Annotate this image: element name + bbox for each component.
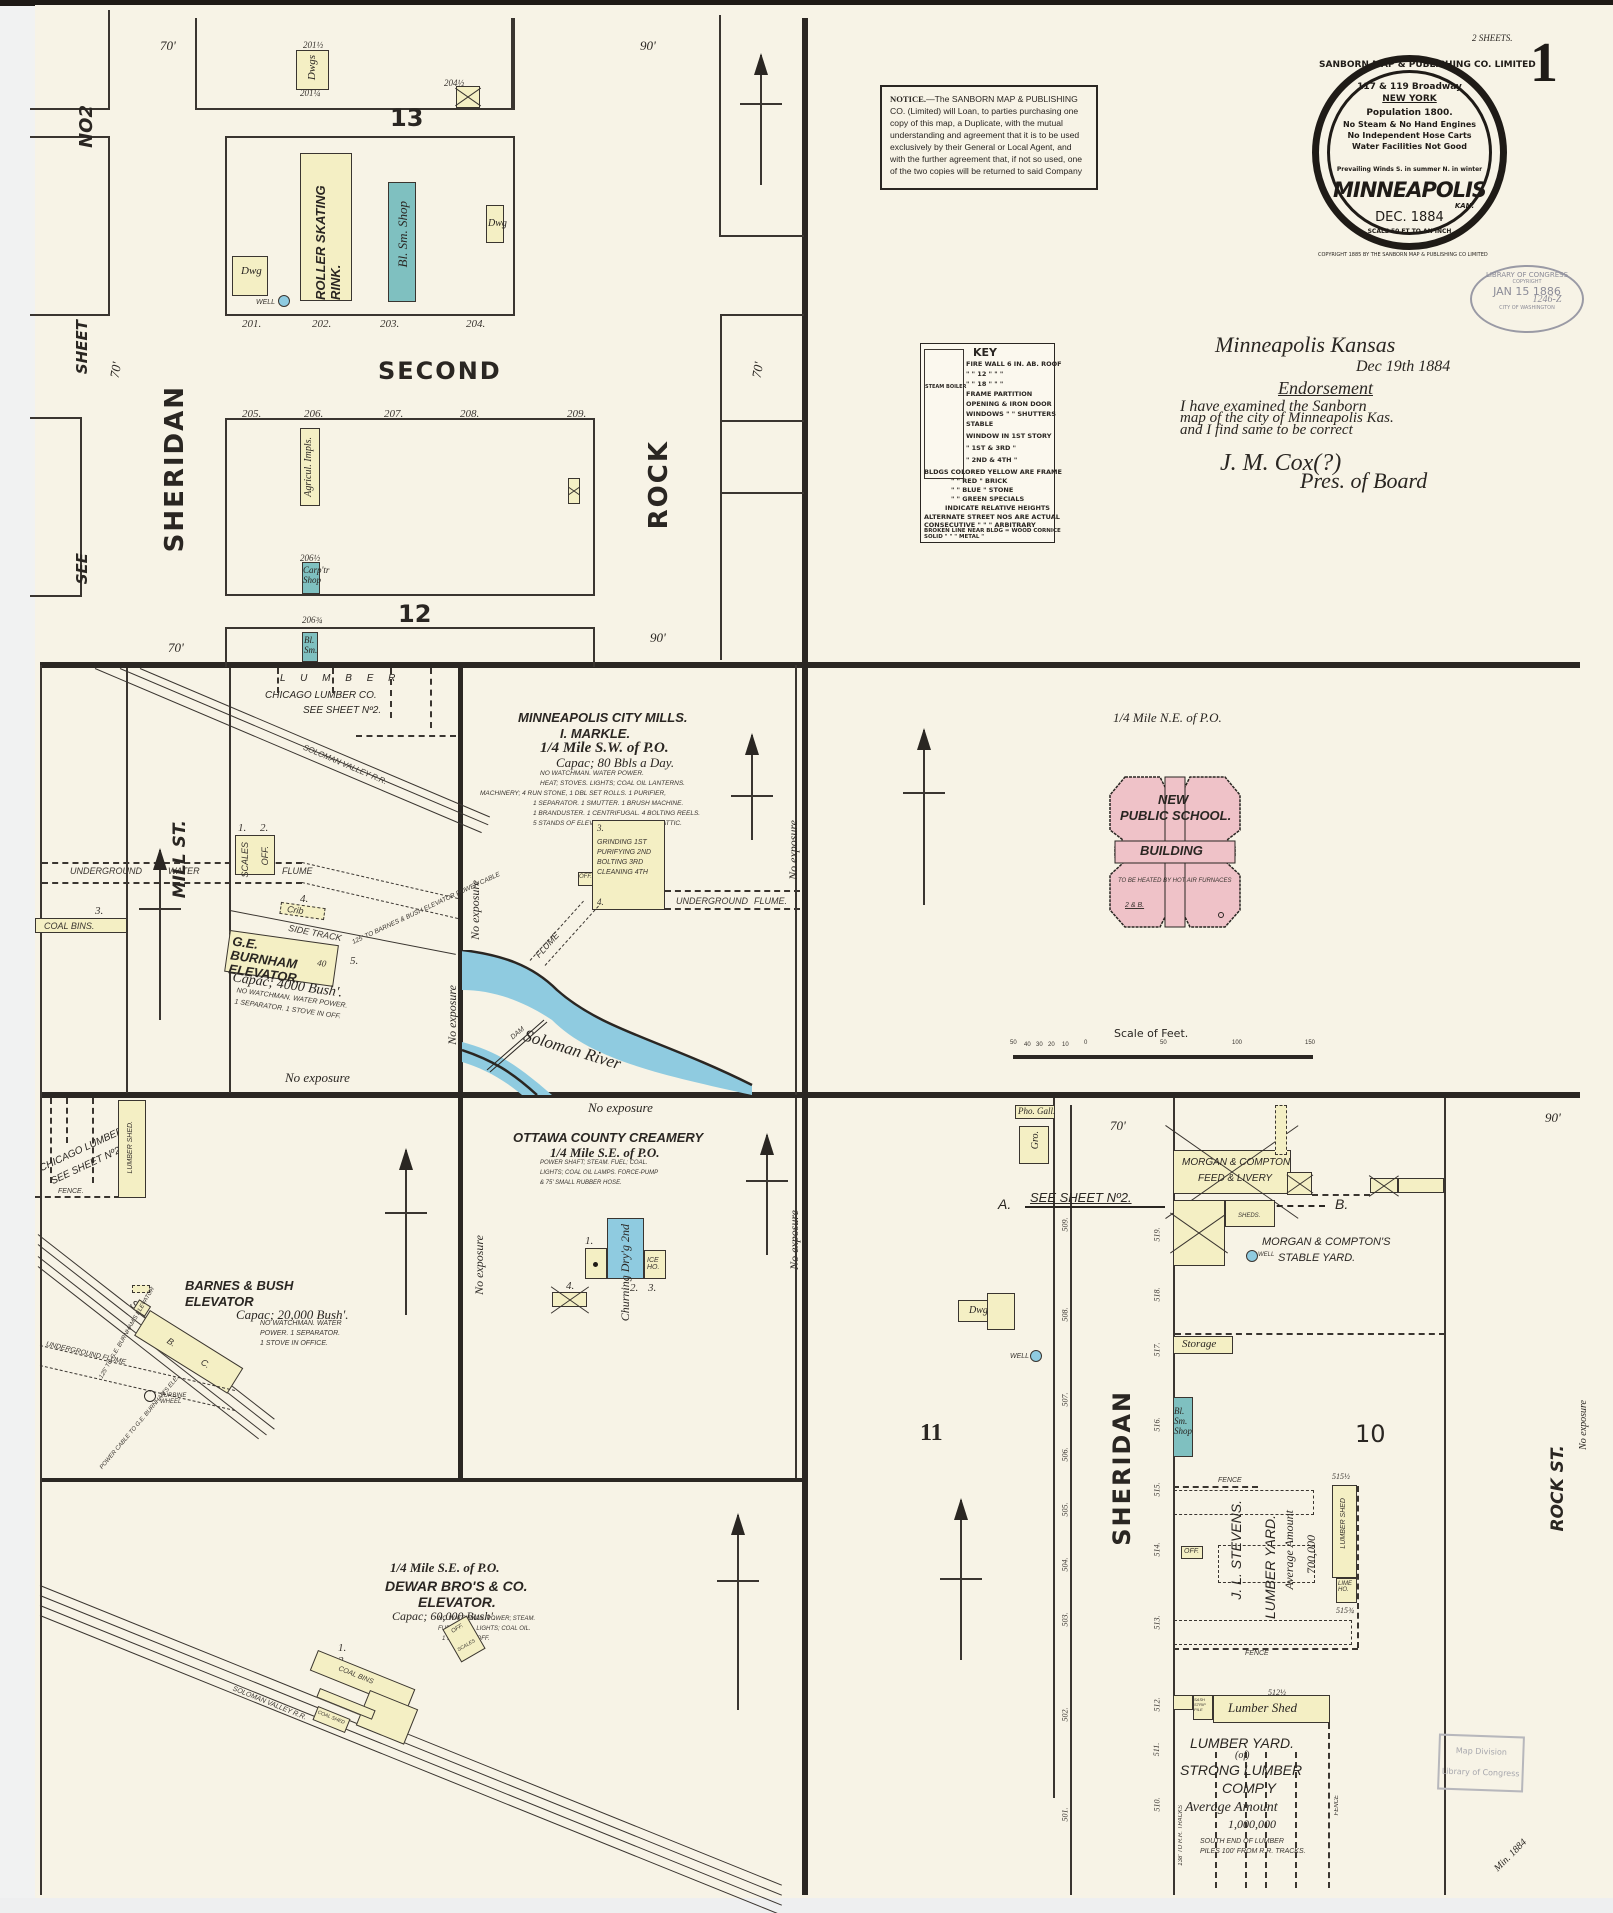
seal-city: NEW YORK xyxy=(1319,94,1500,104)
endorsement-title: Pres. of Board xyxy=(1300,468,1427,494)
width-label: 70' xyxy=(1110,1118,1126,1134)
north-arrow-icon xyxy=(751,735,753,840)
fence-line xyxy=(35,1196,120,1198)
lot-number: 515½ xyxy=(1332,1472,1350,1481)
lot-number: 206¾ xyxy=(302,615,322,625)
lot-number: 205. xyxy=(242,408,261,420)
seal-engines: No Steam & No Hand Engines xyxy=(1319,120,1500,129)
street-label-second: SECOND xyxy=(378,357,502,385)
block-north-right-edge xyxy=(513,18,515,110)
building-sash-shed xyxy=(1173,1695,1193,1710)
north-arrow-icon xyxy=(159,850,161,1020)
seal-population: Population 1800. xyxy=(1319,108,1500,118)
block-no2-north xyxy=(30,10,110,110)
well-label: WELL xyxy=(256,299,275,306)
north-arrow-icon xyxy=(737,1515,739,1710)
lumber-pile-line xyxy=(1328,1723,1330,1888)
creamery-title: OTTAWA COUNTY CREAMERY xyxy=(513,1130,703,1145)
creamery-note: & 75' SMALL RUBBER HOSE. xyxy=(540,1180,622,1186)
lot-number: 515¾ xyxy=(1336,1606,1354,1615)
street-label-see: SEE xyxy=(73,553,91,584)
street-label-sheridan: SHERIDAN xyxy=(1108,1390,1136,1546)
barnes-note: POWER. 1 SEPARATOR. xyxy=(260,1330,340,1337)
exposure-label: No exposure xyxy=(588,1100,653,1116)
scale-title: Scale of Feet. xyxy=(1114,1027,1188,1040)
mill-note: 1 SEPARATOR. 1 SMUTTER. 1 BRUSH MACHINE. xyxy=(533,800,683,807)
width-label: 90' xyxy=(1545,1110,1561,1126)
well-marker xyxy=(1030,1350,1042,1362)
see-sheet-line xyxy=(1025,1206,1165,1208)
loc-copyright-stamp: LIBRARY OF CONGRESS COPYRIGHT JAN 15 188… xyxy=(1470,265,1584,333)
strong-of: (of) xyxy=(1235,1750,1249,1761)
school-distance: 1/4 Mile N.E. of P.O. xyxy=(1113,710,1222,726)
key-symbols xyxy=(924,349,964,479)
seal-address: 117 & 119 Broadway xyxy=(1319,82,1500,92)
fence-label: FENCE xyxy=(1245,1650,1269,1657)
seal-place: MINNEAPOLIS xyxy=(1319,178,1500,202)
address-number: 511. xyxy=(1152,1743,1161,1756)
well-label: WELL xyxy=(1010,1353,1029,1360)
underground-flume xyxy=(665,908,800,910)
building-office: OFF. xyxy=(1181,1546,1203,1559)
stable-yard-label: MORGAN & COMPTON'S xyxy=(1262,1236,1390,1248)
stevens-amount: 700,000 xyxy=(1304,1535,1319,1574)
lot-number: 208. xyxy=(460,408,479,420)
chicago-lumber-label: CHICAGO LUMBER CO. xyxy=(265,690,377,701)
building-sash-strip: SASH STRIP PILE xyxy=(1193,1695,1213,1720)
bldg-number: 1. xyxy=(585,1235,593,1247)
scan-bottom-margin xyxy=(0,1898,1613,1913)
school-label: PUBLIC SCHOOL. xyxy=(1120,808,1231,823)
barnes-bush-title: BARNES & BUSH ELEVATOR xyxy=(185,1278,335,1310)
address-number: 513. xyxy=(1153,1616,1162,1630)
stevens-name: J. L. STEVENS. xyxy=(1228,1500,1244,1600)
fence-label: FENCE. xyxy=(58,1188,84,1195)
mill-note: 1 BRANDUSTER. 1 CENTRIFUGAL. 4 BOLTING R… xyxy=(533,810,700,817)
endorsement-date: Dec 19th 1884 xyxy=(1356,358,1450,376)
barnes-note: NO WATCHMAN. WATER xyxy=(260,1320,342,1327)
south-end-note: PILES 100' FROM R.R. TRACKS. xyxy=(1200,1848,1306,1855)
pane-border-left xyxy=(40,665,42,1895)
flume-label: UNDERGROUND xyxy=(70,866,142,876)
street-label-sheet: SHEET xyxy=(73,320,91,374)
address-number: 502. xyxy=(1061,1708,1070,1722)
exposure-label: No exposure xyxy=(285,1070,350,1086)
address-number: 516. xyxy=(1153,1418,1162,1432)
pane-border-midright xyxy=(795,665,797,1095)
building-blacksmith-shop: Bl. Sm. Shop xyxy=(1173,1397,1193,1457)
seal-copyright: COPYRIGHT 1885 BY THE SANBORN MAP & PUBL… xyxy=(1318,252,1488,258)
dewar-title: DEWAR BRO'S & CO. xyxy=(385,1578,528,1594)
engine-icon xyxy=(593,1262,598,1267)
soloman-river xyxy=(462,950,762,1095)
mill-title: MINNEAPOLIS CITY MILLS. xyxy=(518,710,688,725)
address-number: 509. xyxy=(1061,1218,1070,1232)
address-number: 503. xyxy=(1061,1613,1070,1627)
lumber-label: L U M B E R xyxy=(280,673,401,684)
block-number-12: 12 xyxy=(398,600,431,628)
building-feed-livery: MORGAN & COMPTON FEED & LIVERY xyxy=(1173,1150,1291,1194)
address-number: 515. xyxy=(1153,1483,1162,1497)
bldg-number: 4. xyxy=(566,1280,574,1292)
building-engine-room xyxy=(585,1248,607,1279)
exposure-label: No exposure xyxy=(468,880,483,940)
width-label: 70' xyxy=(749,361,767,379)
lumber-yard-outline xyxy=(430,668,432,728)
lot-number: 209. xyxy=(567,408,586,420)
exposure-label: No exposure xyxy=(472,1235,487,1295)
bldg-number: 4. xyxy=(300,893,308,905)
street-label-rock: ROCK xyxy=(644,440,674,529)
notice-heading: NOTICE. xyxy=(890,94,926,104)
street-edge xyxy=(229,668,231,1093)
width-label: 90' xyxy=(650,630,666,646)
endorsement-place: Minneapolis Kansas xyxy=(1215,332,1395,358)
street-label-sheridan: SHERIDAN xyxy=(160,385,190,552)
address-number: 504. xyxy=(1061,1558,1070,1572)
building-lime-house: LIME HO. xyxy=(1336,1578,1357,1603)
address-number: 514. xyxy=(1153,1543,1162,1557)
divider-horizontal-middle xyxy=(40,1092,1580,1098)
building-carpenter-shop: Carp'tr Shop xyxy=(302,562,320,594)
mill-capacity: Capac; 80 Bbls a Day. xyxy=(556,755,674,771)
lumber-pile xyxy=(1174,1620,1352,1645)
lot-number: 207. xyxy=(384,408,403,420)
building-mill: GRINDING 1ST PURIFYING 2ND BOLTING 3RD C… xyxy=(592,820,665,910)
divider-horizontal-lowleft xyxy=(40,1478,805,1482)
address-number: 512. xyxy=(1153,1698,1162,1712)
strong-amount: 1,000,000 xyxy=(1228,1817,1276,1832)
building-blacksmith-shop: Bl. Sm. Shop xyxy=(388,182,416,302)
endorsement-heading: Endorsement xyxy=(1278,378,1373,399)
address-number: 508. xyxy=(1061,1308,1070,1322)
stable-yard-label: STABLE YARD. xyxy=(1278,1252,1355,1264)
building-ice-house: ICE HO. xyxy=(644,1250,666,1279)
building-dwelling-rear xyxy=(987,1293,1015,1330)
seal-winds: Prevailing Winds S. in summer N. in wint… xyxy=(1319,166,1500,173)
north-arrow-icon xyxy=(760,55,762,185)
block-12-south xyxy=(225,627,595,667)
block-number-11: 11 xyxy=(920,1420,943,1447)
building-stable xyxy=(1173,1200,1225,1266)
title-seal: SANBORN MAP & PUBLISHING CO. LIMITED 117… xyxy=(1312,55,1507,250)
building-lumber-shed: Lumber Shed xyxy=(1213,1695,1330,1723)
mill-owner: I. MARKLE. xyxy=(560,726,630,741)
underground-flume xyxy=(665,890,800,892)
north-arrow-icon xyxy=(766,1135,768,1255)
stevens-avg: Average Amount xyxy=(1282,1510,1297,1589)
school-label: BUILDING xyxy=(1140,843,1203,858)
building-shed-x xyxy=(552,1292,587,1307)
address-number: 510. xyxy=(1153,1798,1162,1812)
building-grocery: Gro. xyxy=(1019,1126,1049,1164)
scale-bar-line xyxy=(1013,1055,1313,1059)
north-arrow-icon xyxy=(960,1500,962,1660)
well-marker xyxy=(278,295,290,307)
map-division-stamp: Map Division Library of Congress xyxy=(1437,1734,1525,1793)
bldg-number: 5. xyxy=(350,955,358,967)
width-label: 70' xyxy=(160,38,176,54)
lot-number: 203. xyxy=(380,318,399,330)
width-label: 70' xyxy=(107,361,125,379)
key-steam-boiler: STEAM BOILER xyxy=(925,384,966,390)
lot-number: 201½ xyxy=(303,40,323,50)
mill-note: NO WATCHMAN. WATER POWER. xyxy=(540,770,644,777)
building-storage: Storage xyxy=(1173,1336,1233,1354)
dewar-note: NO WATCHMAN. POWER; STEAM. xyxy=(438,1616,535,1622)
coal-bins: COAL BINS. xyxy=(35,918,127,933)
pane-border-lowcenter xyxy=(795,1098,797,1478)
block-12 xyxy=(225,418,595,596)
creamery-note: POWER SHAFT; STEAM. FUEL; COAL. xyxy=(540,1160,648,1166)
well-marker xyxy=(1246,1250,1258,1262)
building-dwelling: Dwg xyxy=(232,256,268,296)
south-end-note: SOUTH END OF LUMBER xyxy=(1200,1838,1284,1845)
seal-publisher: SANBORN MAP & PUBLISHING CO. LIMITED xyxy=(1319,60,1500,70)
see-line-label: SEE SHEET Nº2. xyxy=(1030,1190,1132,1205)
creamery-note: LIGHTS; COAL OIL LAMPS. FORCE-PUMP xyxy=(540,1170,658,1176)
width-label: 90' xyxy=(640,38,656,54)
exposure-label: No exposure xyxy=(445,985,460,1045)
street-edge xyxy=(126,668,128,1093)
street-label-rock-st: ROCK ST. xyxy=(1548,1445,1568,1532)
lumber-yard-outline xyxy=(66,1098,68,1143)
school-stories: 2 & B. xyxy=(1125,902,1144,909)
dewar-distance: 1/4 Mile S.E. of P.O. xyxy=(390,1560,500,1576)
creamery-distance: 1/4 Mile S.E. of P.O. xyxy=(550,1145,660,1161)
map-key-legend: KEY STEAM BOILER FIRE WALL 6 IN. AB. ROO… xyxy=(920,343,1055,543)
well-label: WELL xyxy=(1258,1252,1274,1258)
barnes-note: 1 STOVE IN OFFICE. xyxy=(260,1340,328,1347)
lot-number: 204. xyxy=(466,318,485,330)
address-number: 505. xyxy=(1061,1503,1070,1517)
fence-line xyxy=(1357,1486,1359,1648)
building-dwelling-204: Dwg xyxy=(486,205,504,243)
address-number: 519. xyxy=(1153,1228,1162,1242)
address-number: 507. xyxy=(1061,1393,1070,1407)
see-line-a: A. xyxy=(998,1196,1011,1212)
bldg-number: 3. xyxy=(95,905,103,917)
school-heating: TO BE HEATED BY HOT AIR FURNACES xyxy=(1118,878,1231,884)
sheets-total: 2 SHEETS. xyxy=(1472,33,1513,43)
block-rock-mid xyxy=(720,420,804,660)
seal-state: KAN. xyxy=(1374,202,1555,210)
key-title: KEY xyxy=(973,346,997,359)
street-label-no2: NO2 xyxy=(76,105,97,148)
building-scales: SCALESOFF. xyxy=(235,835,275,875)
building-shed-x xyxy=(568,478,580,504)
bldg-number: 2. xyxy=(630,1282,638,1294)
lot-number: 201. xyxy=(242,318,261,330)
bldg-number: 1. xyxy=(338,1642,346,1654)
seal-water: Water Facilities Not Good xyxy=(1319,142,1500,151)
exposure-label: No exposure xyxy=(1578,1400,1589,1450)
lumber-yard-outline xyxy=(356,735,456,737)
building-sheds: SHEDS. xyxy=(1225,1200,1275,1227)
bldg-number: 2. xyxy=(260,822,268,834)
lot-number: 202. xyxy=(312,318,331,330)
exposure-label: No exposure xyxy=(786,820,801,880)
loan-notice: NOTICE.—The SANBORN MAP & PUBLISHING CO.… xyxy=(880,85,1098,190)
strong-name: STRONG LUMBER xyxy=(1180,1762,1302,1778)
track-distance-note: 138' TO R.R. TRACKS xyxy=(1178,1805,1184,1866)
see-sheet-label: SEE SHEET Nº2. xyxy=(303,705,381,716)
building-lumber-shed: LUMBER SHED xyxy=(1332,1485,1357,1578)
building-blacksmith: Bl. Sm. xyxy=(302,632,318,662)
lot-line xyxy=(1175,1333,1445,1335)
block-number-13: 13 xyxy=(390,104,423,132)
bldg-number: 1. xyxy=(238,822,246,834)
address-number: 501. xyxy=(1061,1808,1070,1822)
street-edge-sheridan-w xyxy=(1070,1105,1072,1895)
fence-label: FENCE xyxy=(1334,1795,1340,1815)
lot-line xyxy=(1312,1194,1370,1196)
north-arrow-icon xyxy=(923,730,925,905)
strong-avg: Average Amount xyxy=(1185,1800,1278,1816)
flume-label: FLUME xyxy=(282,866,313,876)
width-label: 70' xyxy=(168,640,184,656)
seal-hose: No Independent Hose Carts xyxy=(1319,131,1500,140)
building-shed-east xyxy=(1398,1178,1444,1193)
building-photo-gallery: Pho. Gall. xyxy=(1015,1105,1055,1119)
notice-text: —The SANBORN MAP & PUBLISHING CO. (Limit… xyxy=(890,94,1082,176)
fence-label: FENCE xyxy=(1218,1477,1242,1484)
lot-number: 206. xyxy=(304,408,323,420)
address-number: 506. xyxy=(1061,1448,1070,1462)
building-lumber-shed: LUMBER SHED. xyxy=(118,1100,146,1198)
block-number-10: 10 xyxy=(1355,1420,1386,1448)
block-no2-mid xyxy=(30,136,110,316)
mill-note: MACHINERY; 4 RUN STONE, 1 DBL SET ROLLS.… xyxy=(480,790,666,797)
mill-note: HEAT; STOVES. LIGHTS; COAL OIL LANTERNS. xyxy=(540,780,685,787)
flume-label: UNDERGROUND xyxy=(676,896,748,906)
endorsement-line-3: and I find same to be correct xyxy=(1180,422,1353,439)
dewar-subtitle: ELEVATOR. xyxy=(418,1594,496,1610)
flume-label: FLUME. xyxy=(754,896,787,906)
building-shed-x xyxy=(456,86,480,108)
see-line-b: B. xyxy=(1335,1196,1348,1212)
seal-scale: SCALE 50 FT TO AN INCH xyxy=(1319,228,1500,235)
building-shed-north xyxy=(1275,1105,1287,1155)
address-number: 518. xyxy=(1153,1288,1162,1302)
strong-comp: COMP'Y xyxy=(1222,1780,1276,1796)
divider-vertical-lower xyxy=(802,1095,808,1895)
address-number: 517. xyxy=(1153,1343,1162,1357)
building-roller-skating-rink: ROLLER SKATING RINK. xyxy=(300,153,352,301)
fence-line xyxy=(1173,1486,1258,1488)
building-churning-room: Churning Dry'g 2nd xyxy=(607,1218,644,1279)
seal-date: DEC. 1884 xyxy=(1319,210,1500,225)
north-arrow-icon xyxy=(405,1150,407,1315)
building-agricultural-implements: Agricul. Impls. xyxy=(300,428,320,506)
bldg-number: 3. xyxy=(648,1282,656,1294)
building-dwellings: Dwgs xyxy=(296,50,329,90)
stevens-yard: LUMBER YARD. xyxy=(1262,1515,1278,1619)
street-label-mill-st: MILL ST. xyxy=(170,820,190,898)
school-label: NEW xyxy=(1158,792,1188,807)
building-mill-office: OFF. xyxy=(578,872,593,886)
building-shed-x xyxy=(1370,1178,1398,1193)
building-shed-x xyxy=(1287,1172,1312,1195)
block-13 xyxy=(225,136,515,316)
strong-yard: LUMBER YARD. xyxy=(1190,1735,1294,1751)
